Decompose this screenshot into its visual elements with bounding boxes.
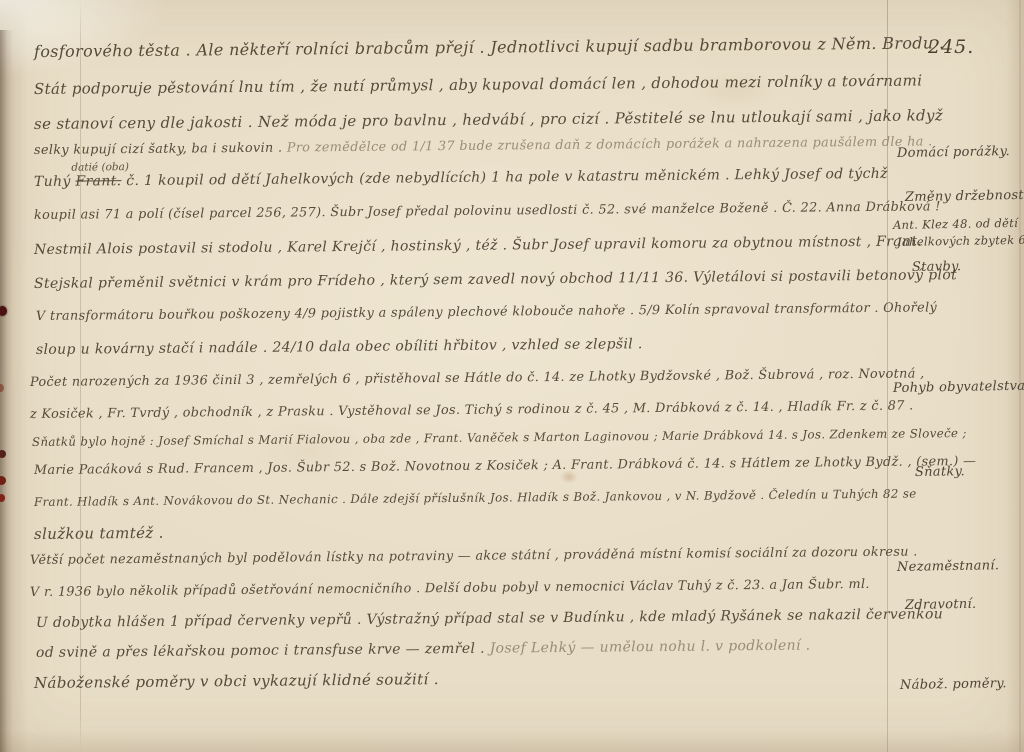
line-4-ink: selky kupují cizí šatky, ba i sukovin .: [34, 141, 283, 158]
handwritten-line-12: z Kosiček , Fr. Tvrdý , obchodník , z Pr…: [30, 399, 914, 422]
line-5-start: Tuhý: [34, 174, 76, 190]
strikethrough-text: Frant.: [75, 173, 121, 189]
handwritten-line-7: Nestmil Alois postavil si stodolu , Kare…: [34, 233, 922, 258]
page-edge: [1019, 0, 1021, 752]
handwritten-line-4: selky kupují cizí šatky, ba i sukovin . …: [34, 134, 933, 158]
handwritten-line-16: služkou tamtéž .: [34, 524, 164, 543]
margin-note-zdravotni: Zdravotní.: [905, 597, 977, 613]
handwritten-line-17: Větší počet nezaměstnaných byl podělován…: [30, 544, 918, 568]
margin-note-domaci-porazky: Domácí porážky.: [897, 144, 1010, 161]
line-20-pencil: Josef Lehký — umělou nohu l. v podkolení…: [490, 638, 811, 657]
handwritten-line-3: se stanoví ceny dle jakosti . Než móda j…: [34, 106, 943, 133]
handwritten-line-18: V r. 1936 bylo několik případů ošetřován…: [30, 577, 870, 600]
margin-note-naboz-pomery: Nábož. poměry.: [900, 676, 1007, 693]
handwritten-line-8: Stejskal přeměnil světnici v krám pro Fr…: [34, 267, 957, 292]
line-20-ink: od svině a přes lékařskou pomoc i transf…: [36, 641, 490, 661]
margin-note-nezamestnani: Nezaměstnaní.: [897, 558, 1000, 575]
correction-block: datié (oba)Frant.: [75, 173, 121, 189]
handwritten-line-21: Náboženské poměry v obci vykazují klidné…: [34, 670, 439, 692]
margin-note-klez-line2: Jahelkových zbytek 61a.: [897, 232, 1024, 249]
margin-note-snatky: Sňatky.: [915, 464, 965, 480]
handwritten-line-20: od svině a přes lékařskou pomoc i transf…: [36, 638, 811, 661]
margin-note-stavby: Stavby.: [912, 259, 962, 275]
line-5-rest: č. 1 koupil od dětí Jahelkových (zde neb…: [121, 166, 888, 189]
handwritten-line-2: Stát podporuje pěstování lnu tím , že nu…: [34, 71, 922, 98]
handwritten-line-13: Sňatků bylo hojně : Josef Smíchal s Mari…: [32, 426, 967, 449]
handwritten-line-19: U dobytka hlášen 1 případ červenky vepřů…: [36, 606, 943, 631]
handwritten-line-10: sloup u kovárny stačí i nadále . 24/10 d…: [36, 336, 643, 358]
handwritten-line-14: Marie Pacáková s Rud. Francem , Jos. Šub…: [34, 454, 976, 478]
inserted-correction: datié (oba): [71, 161, 129, 174]
margin-note-pohyb-obyvatel: Pohyb obyvatelstva.: [893, 379, 1024, 396]
handwritten-line-5: Tuhý datié (oba)Frant. č. 1 koupil od dě…: [34, 166, 888, 190]
handwritten-line-15: Frant. Hladík s Ant. Novákovou do St. Ne…: [34, 487, 917, 509]
handwritten-line-11: Počet narozených za 1936 činil 3 , zemře…: [30, 366, 925, 390]
line-4-pencil: Pro zemědělce od 1/1 37 bude zrušena daň…: [282, 134, 932, 155]
handwritten-line-9: V transformátoru bouřkou poškozeny 4/9 p…: [36, 300, 937, 324]
margin-note-klez-line1: Ant. Klez 48. od dětí: [893, 216, 1018, 232]
handwritten-line-1: fosforového těsta . Ale někteří rolníci …: [34, 33, 945, 61]
handwritten-line-6: koupil asi 71 a polí (čísel parcel 256, …: [34, 199, 941, 223]
margin-note-zmeny-drzebnosti: Změny držebností.: [905, 188, 1024, 205]
chronicle-page-scan: 245. fosforového těsta . Ale někteří rol…: [0, 0, 1024, 752]
